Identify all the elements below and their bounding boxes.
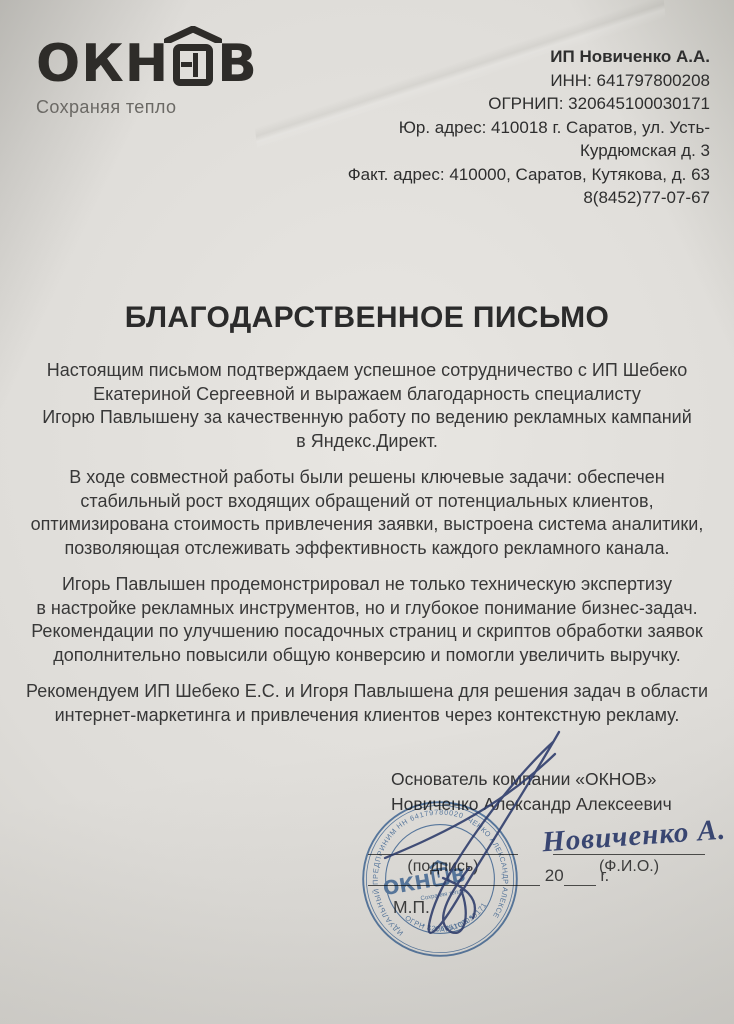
window-horizontal-bar [181,62,192,67]
paragraph-2: В ходе совместной работы были решены клю… [16,466,718,560]
body-line: позволяющая отслеживать эффективность ка… [16,537,718,561]
phone-line: 8(8452)77-07-67 [290,186,710,210]
body-line: в Яндекс.Директ. [16,430,718,454]
paragraph-3: Игорь Павлышен продемонстрировал не толь… [16,573,718,667]
logo-wordmark: ОКН В [36,26,258,86]
body-line: в настройке рекламных инструментов, но и… [16,597,718,621]
entrepreneur-name: ИП Новиченко А.А. [290,45,710,69]
body-line: интернет-маркетинга и привлечения клиент… [16,704,718,728]
inn-line: ИНН: 641797800208 [290,69,710,93]
company-requisites: ИП Новиченко А.А. ИНН: 641797800208 ОГРН… [290,45,710,210]
letter-page: ОКН В Сохраняя тепло ИП Новиченко А.А. И… [0,0,734,1024]
body-line: оптимизирована стоимость привлечения зая… [16,513,718,537]
logo-text-end: В [217,43,258,86]
window-frame [173,44,213,86]
window-roof-icon [173,26,213,86]
roof-icon [164,26,222,43]
legal-address-line-1: Юр. адрес: 410018 г. Саратов, ул. Усть- [290,116,710,140]
logo-text-start: ОКН [36,43,169,86]
body-line: В ходе совместной работы были решены клю… [16,466,718,490]
company-logo: ОКН В Сохраняя тепло [36,26,258,118]
body-line: дополнительно повысили общую конверсию и… [16,644,718,668]
body-line: Игорю Павлышену за качественную работу п… [16,406,718,430]
ogrnip-line: ОГРНИП: 320645100030171 [290,92,710,116]
letter-title: БЛАГОДАРСТВЕННОЕ ПИСЬМО [0,301,734,335]
actual-address-line: Факт. адрес: 410000, Саратов, Кутякова, … [290,163,710,187]
body-line: Настоящим письмом подтверждаем успешное … [16,359,718,383]
logo-tagline: Сохраняя тепло [36,97,258,118]
body-line: Екатериной Сергеевной и выражаем благода… [16,383,718,407]
body-line: стабильный рост входящих обращений от по… [16,490,718,514]
paragraph-1: Настоящим письмом подтверждаем успешное … [16,359,718,453]
window-vertical-bar [193,53,198,77]
date-suffix: г. [600,866,609,885]
body-line: Рекомендуем ИП Шебеко Е.С. и Игоря Павлы… [16,680,718,704]
paragraph-4: Рекомендуем ИП Шебеко Е.С. и Игоря Павлы… [16,680,718,727]
legal-address-line-2: Курдюмская д. 3 [290,139,710,163]
body-line: Рекомендации по улучшению посадочных стр… [16,620,718,644]
letter-body: Настоящим письмом подтверждаем успешное … [16,359,718,740]
body-line: Игорь Павлышен продемонстрировал не толь… [16,573,718,597]
